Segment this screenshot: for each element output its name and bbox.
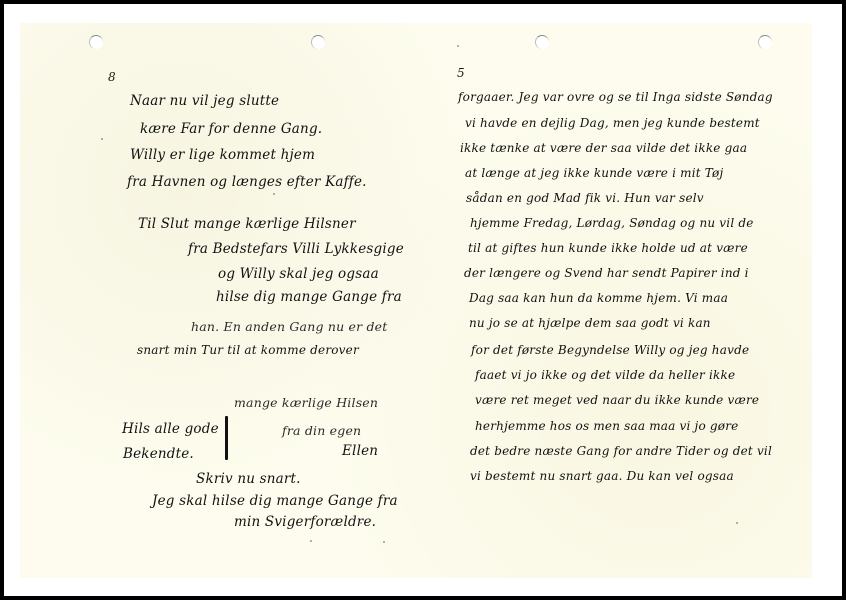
scan-speck — [360, 522, 362, 524]
scan-speck — [383, 541, 385, 543]
handwritten-line: forgaaer. Jeg var ovre og se til Inga si… — [458, 90, 773, 104]
handwritten-line: at længe at jeg ikke kunde være i mit Tø… — [465, 166, 723, 180]
handwritten-line: og Willy skal jeg ogsaa — [218, 266, 379, 282]
handwritten-line: kære Far for denne Gang. — [140, 121, 322, 137]
handwritten-line: Bekendte. — [123, 446, 194, 462]
handwritten-line: det bedre næste Gang for andre Tider og … — [470, 444, 772, 458]
closing-greeting-line: Hils alle gode — [122, 421, 219, 437]
handwritten-line: herhjemme hos os men saa maa vi jo gøre — [475, 419, 738, 433]
handwritten-line: nu jo se at hjælpe dem saa godt vi kan — [469, 316, 711, 330]
handwritten-line: snart min Tur til at komme derover — [137, 343, 359, 357]
handwritten-line: hilse dig mange Gange fra — [216, 289, 402, 305]
scan-speck — [736, 522, 738, 524]
scan-speck — [101, 138, 103, 140]
postscript-line: min Svigerforældre. — [234, 514, 376, 530]
document-frame: 8 Naar nu vil jeg slutte kære Far for de… — [0, 0, 846, 600]
handwritten-line: Til Slut mange kærlige Hilsner — [138, 216, 356, 232]
scan-speck — [273, 193, 275, 195]
handwritten-line: fra Bedstefars Villi Lykkesgige — [188, 241, 404, 257]
ink-stroke — [225, 416, 228, 460]
scan-speck — [310, 540, 312, 542]
closing-greeting-line: mange kærlige Hilsen — [234, 395, 378, 410]
page-number-right: 5 — [457, 66, 465, 80]
punch-hole — [535, 35, 549, 49]
scan-speck — [457, 45, 459, 47]
handwritten-line: faaet vi jo ikke og det vilde da heller … — [475, 368, 735, 382]
handwritten-line: vi havde en dejlig Dag, men jeg kunde be… — [465, 116, 760, 130]
postscript-line: Jeg skal hilse dig mange Gange fra — [152, 493, 398, 509]
postscript-line: Skriv nu snart. — [196, 471, 301, 487]
handwritten-line: Naar nu vil jeg slutte — [130, 93, 279, 109]
handwritten-line: for det første Begyndelse Willy og jeg h… — [471, 343, 749, 357]
punch-hole — [758, 35, 772, 49]
handwritten-line: vi bestemt nu snart gaa. Du kan vel ogsa… — [470, 469, 734, 483]
signature: Ellen — [342, 443, 378, 459]
handwritten-line: han. En anden Gang nu er det — [191, 319, 387, 334]
handwritten-line: ikke tænke at være der saa vilde det ikk… — [460, 141, 747, 155]
handwritten-line: der længere og Svend har sendt Papirer i… — [464, 266, 749, 280]
letter-paper: 8 Naar nu vil jeg slutte kære Far for de… — [20, 23, 812, 578]
handwritten-line: Willy er lige kommet hjem — [130, 147, 315, 163]
handwritten-line: til at giftes hun kunde ikke holde ud at… — [468, 241, 748, 255]
closing-greeting-line: fra din egen — [282, 423, 361, 438]
handwritten-line: hjemme Fredag, Lørdag, Søndag og nu vil … — [470, 216, 754, 230]
handwritten-line: sådan en god Mad fik vi. Hun var selv — [466, 191, 704, 205]
handwritten-line: være ret meget ved naar du ikke kunde væ… — [475, 393, 759, 407]
punch-hole — [311, 35, 325, 49]
page-number-left: 8 — [108, 70, 116, 84]
handwritten-line: Dag saa kan hun da komme hjem. Vi maa — [469, 291, 728, 305]
handwritten-line: fra Havnen og længes efter Kaffe. — [127, 174, 367, 190]
punch-hole — [89, 35, 103, 49]
